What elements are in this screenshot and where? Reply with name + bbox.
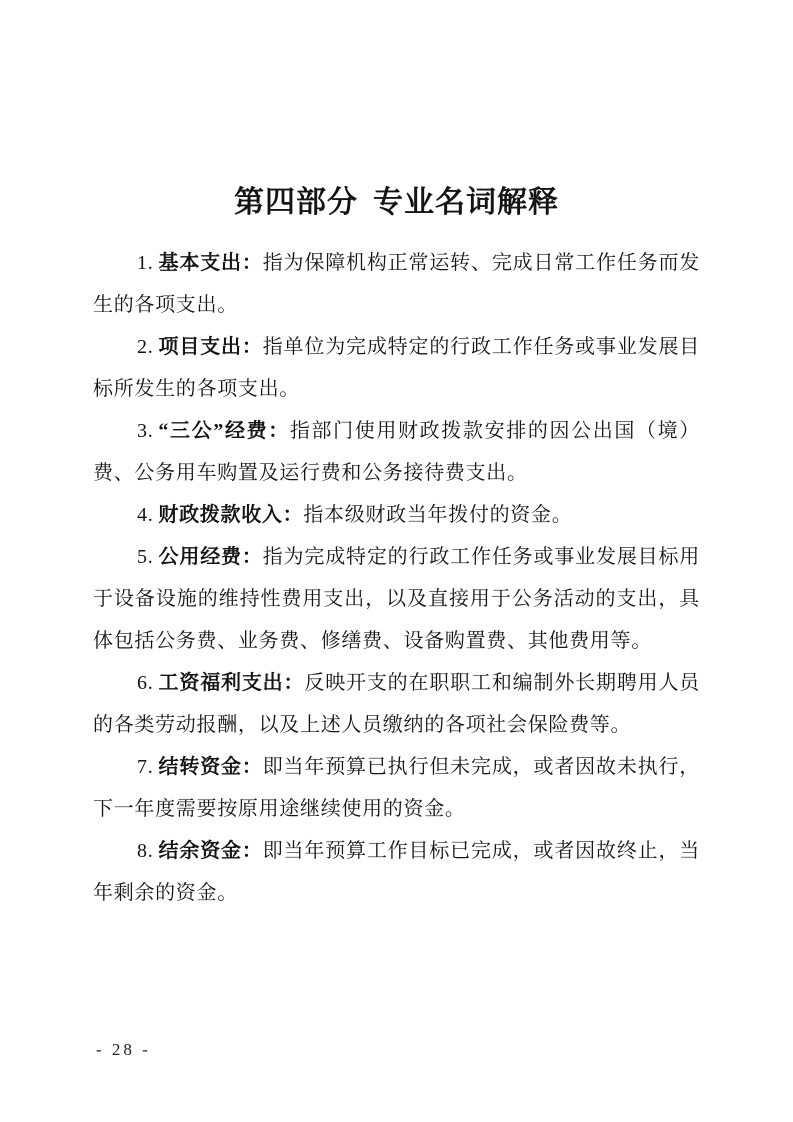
term-label: 结余资金： (158, 840, 262, 862)
term-label: 工资福利支出： (158, 672, 304, 694)
term-number: 8. (137, 840, 153, 862)
document-page: 第四部分专业名词解释 1.基本支出：指为保障机构正常运转、完成日常工作任务而发生… (0, 0, 793, 1122)
term-number: 1. (137, 252, 153, 274)
term-number: 5. (137, 546, 153, 568)
page-number: - 28 - (96, 1040, 151, 1060)
term-number: 2. (137, 336, 153, 358)
term-paragraph-3: 3.“三公”经费：指部门使用财政拨款安排的因公出国（境）费、公务用车购置及运行费… (93, 410, 700, 494)
term-definition: 指本级财政当年拨付的资金。 (303, 504, 572, 526)
term-label: 公用经费： (158, 546, 262, 568)
term-label: 结转资金： (158, 756, 262, 778)
term-paragraph-6: 6.工资福利支出：反映开支的在职职工和编制外长期聘用人员的各类劳动报酬，以及上述… (93, 662, 700, 746)
term-paragraph-8: 8.结余资金：即当年预算工作目标已完成，或者因故终止，当年剩余的资金。 (93, 830, 700, 914)
term-paragraph-2: 2.项目支出：指单位为完成特定的行政工作任务或事业发展目标所发生的各项支出。 (93, 326, 700, 410)
page-content: 第四部分专业名词解释 1.基本支出：指为保障机构正常运转、完成日常工作任务而发生… (93, 186, 700, 914)
term-label: 项目支出： (158, 336, 262, 358)
page-title-name: 专业名词解释 (373, 186, 559, 219)
term-paragraph-4: 4.财政拨款收入：指本级财政当年拨付的资金。 (93, 494, 700, 536)
page-title: 第四部分专业名词解释 (93, 186, 700, 220)
term-label: 财政拨款收入： (158, 504, 303, 526)
term-number: 7. (137, 756, 153, 778)
page-title-part: 第四部分 (234, 186, 358, 219)
term-label: 基本支出： (158, 252, 262, 274)
term-paragraph-7: 7.结转资金：即当年预算已执行但未完成，或者因故未执行，下一年度需要按原用途继续… (93, 746, 700, 830)
term-paragraph-5: 5.公用经费：指为完成特定的行政工作任务或事业发展目标用于设备设施的维持性费用支… (93, 536, 700, 662)
term-number: 4. (137, 504, 153, 526)
glossary-section: 1.基本支出：指为保障机构正常运转、完成日常工作任务而发生的各项支出。 2.项目… (93, 242, 700, 914)
term-label: “三公”经费： (158, 420, 289, 442)
term-paragraph-1: 1.基本支出：指为保障机构正常运转、完成日常工作任务而发生的各项支出。 (93, 242, 700, 326)
term-number: 3. (137, 420, 153, 442)
term-number: 6. (137, 672, 153, 694)
